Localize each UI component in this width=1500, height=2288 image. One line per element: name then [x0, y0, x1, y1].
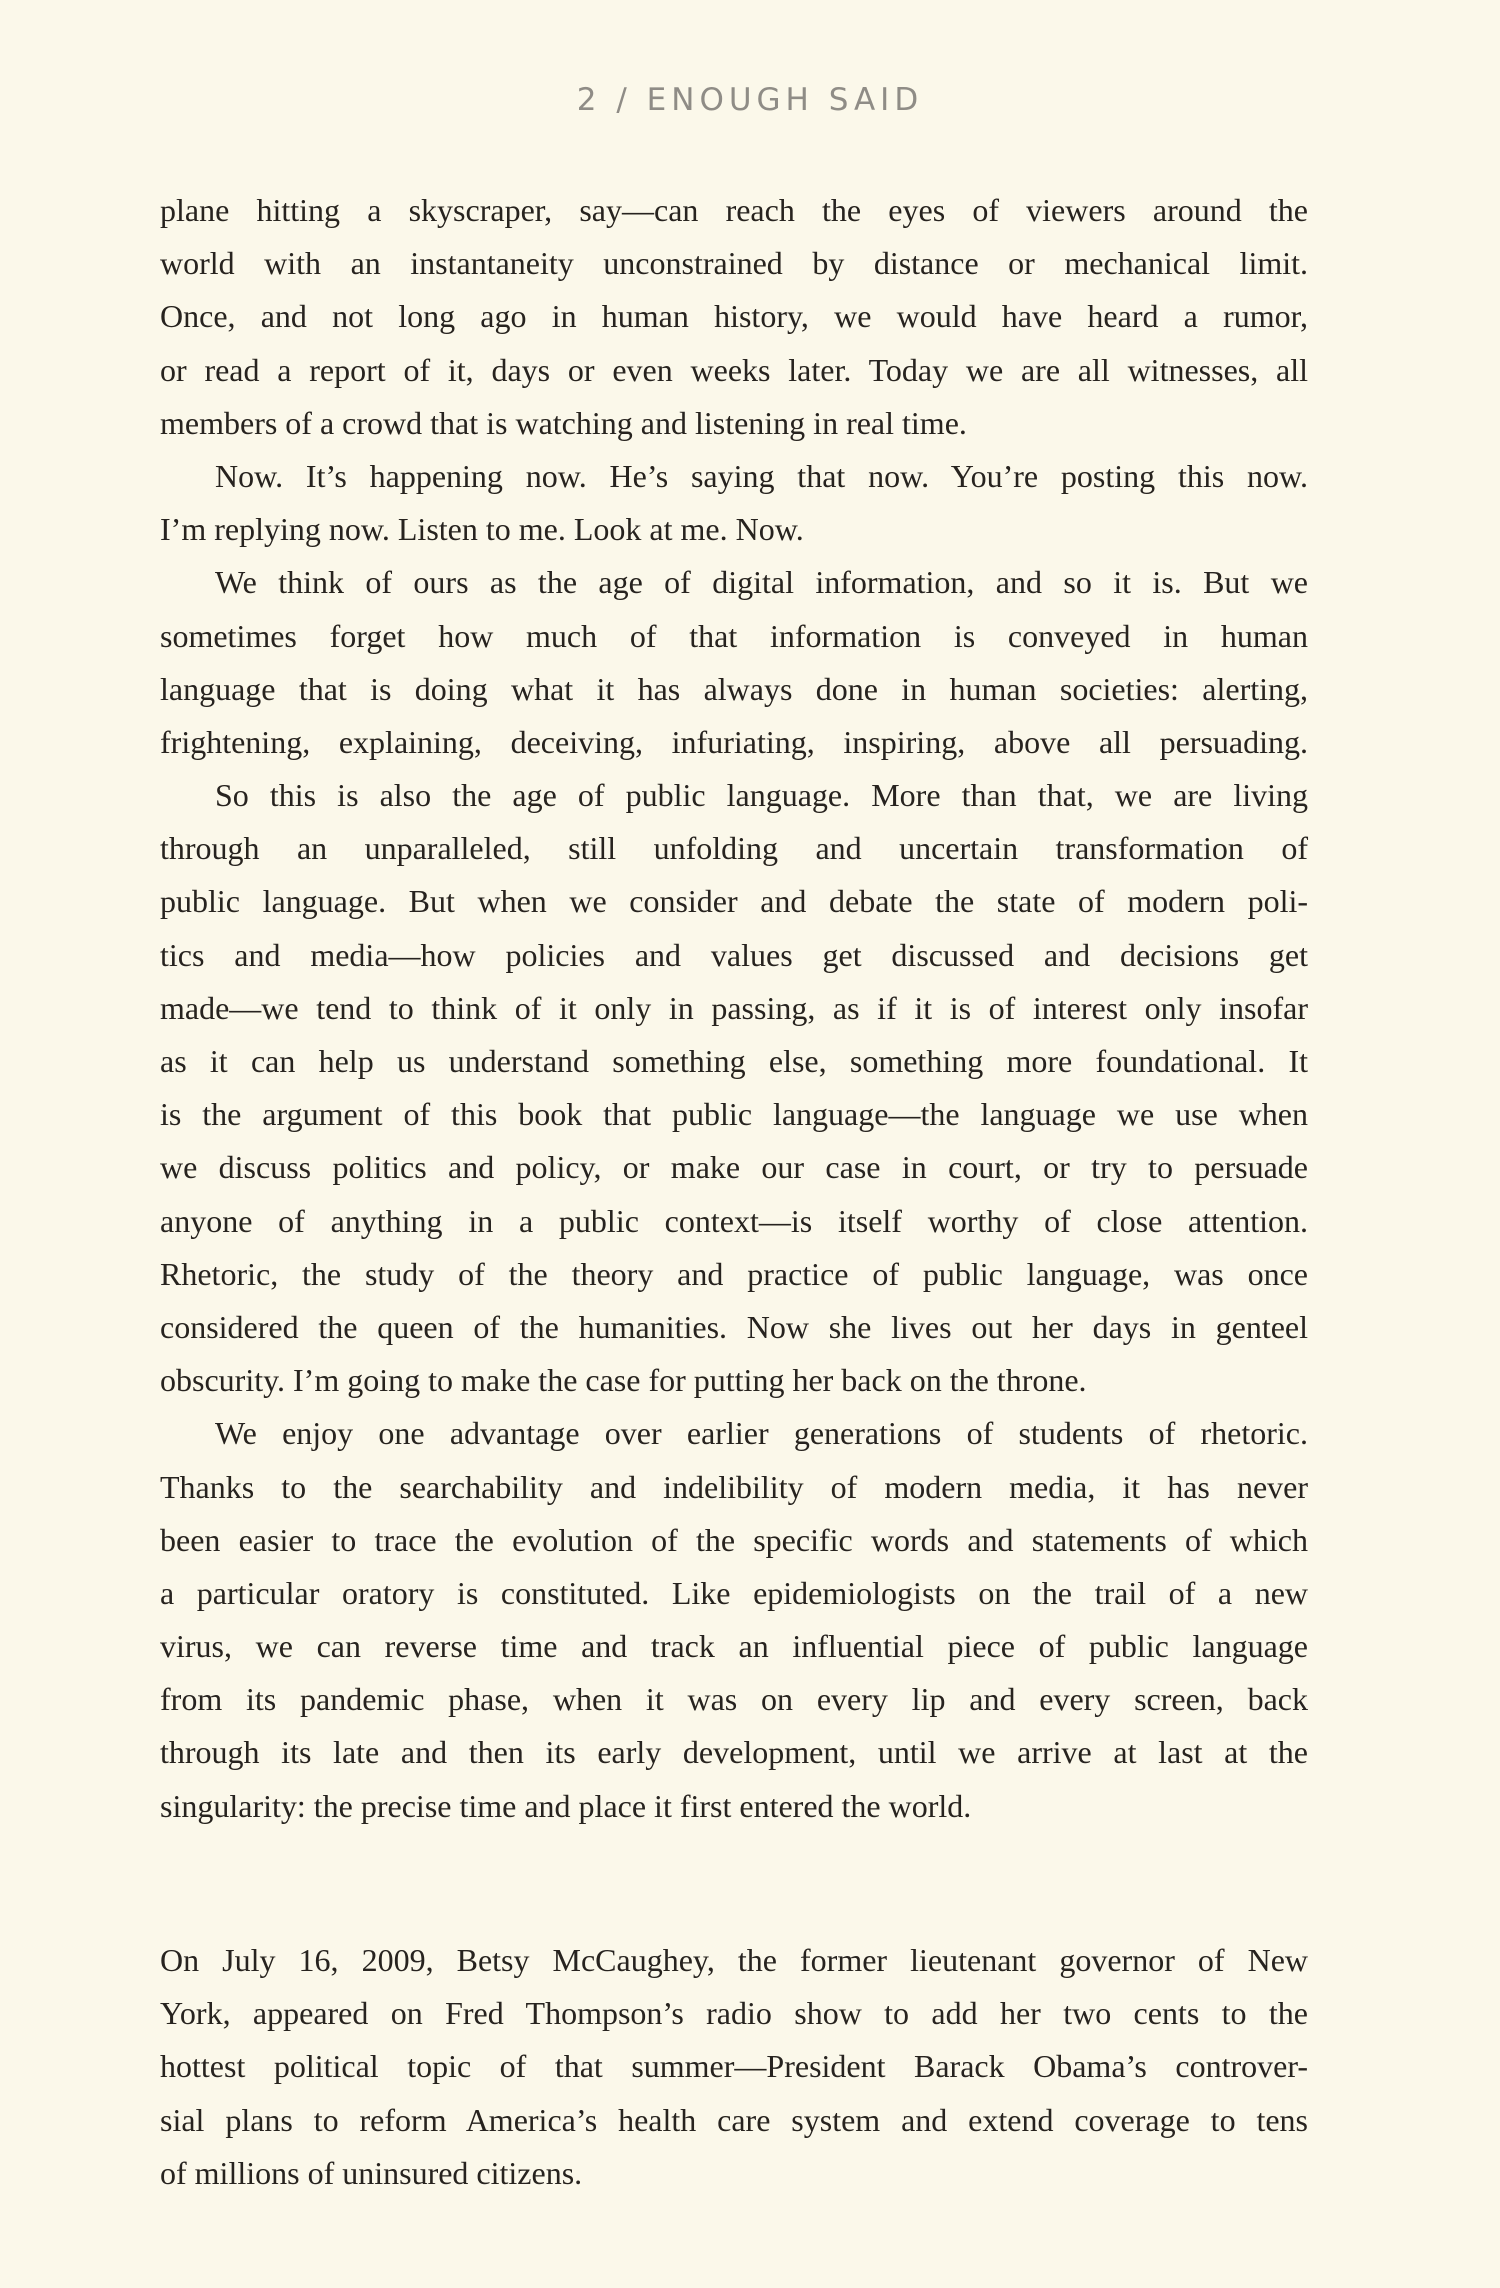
paragraph: We think of ours as the age of digital i… — [160, 556, 1308, 769]
paragraph: plane hitting a skyscraper, say—can reac… — [160, 184, 1308, 450]
text-line: We enjoy one advantage over earlier gene… — [160, 1407, 1308, 1460]
text-line: Rhetoric, the study of the theory and pr… — [160, 1248, 1308, 1301]
text-line: anyone of anything in a public context—i… — [160, 1195, 1308, 1248]
text-line: York, appeared on Fred Thompson’s radio … — [160, 1987, 1308, 2040]
text-line: Once, and not long ago in human history,… — [160, 290, 1308, 343]
text-line: language that is doing what it has alway… — [160, 663, 1308, 716]
text-line: of millions of uninsured citizens. — [160, 2147, 1308, 2200]
text-line: we discuss politics and policy, or make … — [160, 1141, 1308, 1194]
text-line: We think of ours as the age of digital i… — [160, 556, 1308, 609]
text-line: sial plans to reform America’s health ca… — [160, 2094, 1308, 2147]
paragraph: We enjoy one advantage over earlier gene… — [160, 1407, 1308, 1833]
text-line: I’m replying now. Listen to me. Look at … — [160, 503, 1308, 556]
text-line: Now. It’s happening now. He’s saying tha… — [160, 450, 1308, 503]
text-line: frightening, explaining, deceiving, infu… — [160, 716, 1308, 769]
text-line: through its late and then its early deve… — [160, 1726, 1308, 1779]
text-line: On July 16, 2009, Betsy McCaughey, the f… — [160, 1934, 1308, 1987]
paragraph: So this is also the age of public langua… — [160, 769, 1308, 1407]
main-text-block: plane hitting a skyscraper, say—can reac… — [160, 184, 1308, 1833]
text-line: been easier to trace the evolution of th… — [160, 1514, 1308, 1567]
text-line: plane hitting a skyscraper, say—can reac… — [160, 184, 1308, 237]
section-text-block: On July 16, 2009, Betsy McCaughey, the f… — [160, 1934, 1308, 2200]
text-line: sometimes forget how much of that inform… — [160, 610, 1308, 663]
text-line: virus, we can reverse time and track an … — [160, 1620, 1308, 1673]
text-line: singularity: the precise time and place … — [160, 1780, 1308, 1833]
text-line: obscurity. I’m going to make the case fo… — [160, 1354, 1308, 1407]
running-header: 2 / ENOUGH SAID — [0, 82, 1500, 118]
text-line: is the argument of this book that public… — [160, 1088, 1308, 1141]
text-line: a particular oratory is constituted. Lik… — [160, 1567, 1308, 1620]
text-line: So this is also the age of public langua… — [160, 769, 1308, 822]
text-line: world with an instantaneity unconstraine… — [160, 237, 1308, 290]
text-line: Thanks to the searchability and indelibi… — [160, 1461, 1308, 1514]
paragraph: On July 16, 2009, Betsy McCaughey, the f… — [160, 1934, 1308, 2200]
text-line: or read a report of it, days or even wee… — [160, 344, 1308, 397]
text-line: tics and media—how policies and values g… — [160, 929, 1308, 982]
text-line: hottest political topic of that summer—P… — [160, 2040, 1308, 2093]
text-line: members of a crowd that is watching and … — [160, 397, 1308, 450]
text-line: as it can help us understand something e… — [160, 1035, 1308, 1088]
text-line: from its pandemic phase, when it was on … — [160, 1673, 1308, 1726]
text-line: through an unparalleled, still unfolding… — [160, 822, 1308, 875]
text-line: made—we tend to think of it only in pass… — [160, 982, 1308, 1035]
text-line: considered the queen of the humanities. … — [160, 1301, 1308, 1354]
paragraph: Now. It’s happening now. He’s saying tha… — [160, 450, 1308, 556]
text-line: public language. But when we consider an… — [160, 875, 1308, 928]
